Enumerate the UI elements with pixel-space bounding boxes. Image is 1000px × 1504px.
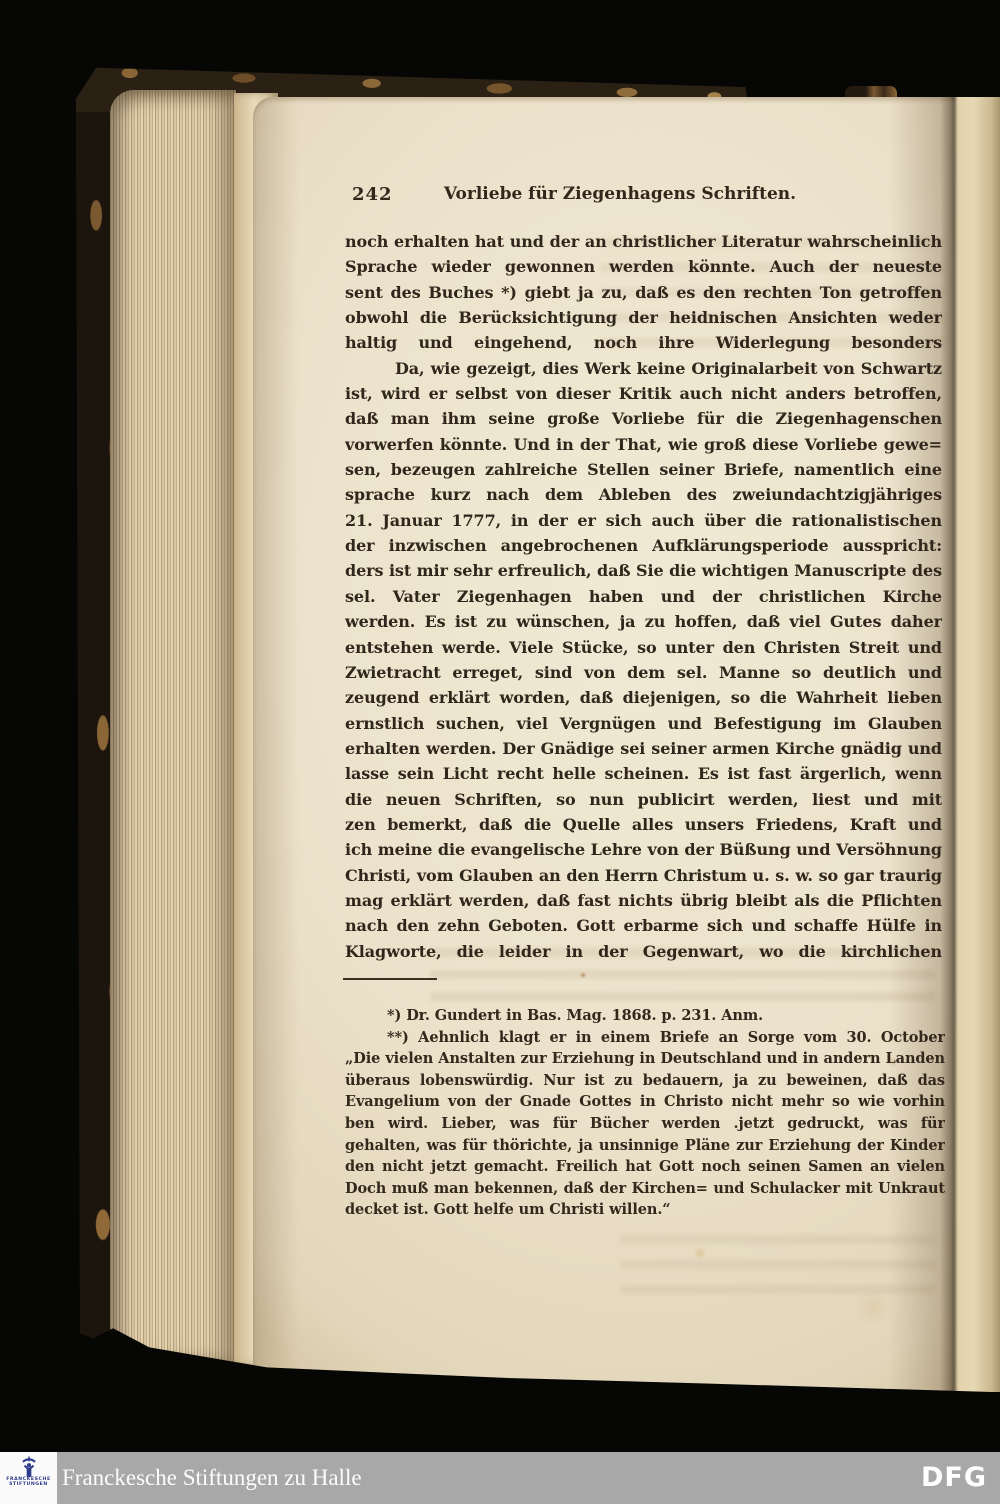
text-line: sprache kurz nach dem Ableben des zweiun… [345, 482, 942, 507]
footnote-separator [343, 978, 437, 980]
text-line: Da, wie gezeigt, dies Werk keine Origina… [345, 356, 942, 381]
text-line: obwohl die Berücksichtigung der heidnisc… [345, 305, 942, 330]
footer-org-name: Franckesche Stiftungen zu Halle [62, 1452, 362, 1504]
text-line: decket ist. Gott helfe um Christi willen… [345, 1199, 945, 1221]
book-scan-photo: 242 Vorliebe für Ziegenhagens Schriften.… [0, 0, 1000, 1504]
org-logo-line2: STIFTUNGEN [9, 1482, 48, 1487]
ink-bleedthrough [620, 1235, 935, 1297]
text-line: ist, wird er selbst von dieser Kritik au… [345, 381, 942, 406]
text-line: noch erhalten hat und der an christliche… [345, 229, 942, 254]
text-line: ernstlich suchen, viel Vergnügen und Bef… [345, 711, 942, 736]
text-line: vorwerfen könnte. Und in der That, wie g… [345, 432, 942, 457]
text-line: erhalten werden. Der Gnädige sei seiner … [345, 736, 942, 761]
text-line: Christi, vom Glauben an den Herrn Christ… [345, 863, 942, 888]
running-header: 242 Vorliebe für Ziegenhagens Schriften. [345, 184, 943, 210]
text-line: ich meine die evangelische Lehre von der… [345, 837, 942, 862]
text-line: sen, bezeugen zahlreiche Stellen seiner … [345, 457, 942, 482]
page-stack-fore-edge [110, 90, 236, 1362]
text-line: zeugend erklärt worden, daß diejenigen, … [345, 685, 942, 710]
text-line: *) Dr. Gundert in Bas. Mag. 1868. p. 231… [345, 1005, 945, 1027]
text-line: **) Aehnlich klagt er in einem Briefe an… [345, 1027, 945, 1049]
footer-bar: FRANCKESCHE STIFTUNGEN Franckesche Stift… [0, 1452, 1000, 1504]
text-line: den nicht jetzt gemacht. Freilich hat Go… [345, 1156, 945, 1178]
text-line: „Die vielen Anstalten zur Erziehung in D… [345, 1048, 945, 1070]
text-line: die neuen Schriften, so nun publicirt we… [345, 787, 942, 812]
text-line: ben wird. Lieber, was für Bücher werden … [345, 1113, 945, 1135]
text-line: mag erklärt werden, daß fast nichts übri… [345, 888, 942, 913]
text-line: haltig und eingehend, noch ihre Widerleg… [345, 330, 942, 355]
text-line: überaus lobenswürdig. Nur ist zu bedauer… [345, 1070, 945, 1092]
text-line: lasse sein Licht recht helle scheinen. E… [345, 761, 942, 786]
text-line: 21. Januar 1777, in der er sich auch übe… [345, 508, 942, 533]
text-line: Klagworte, die leider in der Gegenwart, … [345, 939, 942, 964]
dfg-logo: DFG [921, 1452, 987, 1504]
text-line: Doch muß man bekennen, daß der Kirchen= … [345, 1178, 945, 1200]
running-title: Vorliebe für Ziegenhagens Schriften. [321, 184, 919, 204]
text-line: Zwietracht erreget, sind von dem sel. Ma… [345, 660, 942, 685]
franckesche-stiftungen-icon [19, 1455, 39, 1477]
text-line: gehalten, was für thörichte, ja unsinnig… [345, 1135, 945, 1157]
text-line: zen bemerkt, daß die Quelle alles unsers… [345, 812, 942, 837]
text-line: entstehen werde. Viele Stücke, so unter … [345, 635, 942, 660]
org-logo: FRANCKESCHE STIFTUNGEN [0, 1452, 57, 1504]
text-line: der inzwischen angebrochenen Aufklärungs… [345, 533, 942, 558]
footnotes: *) Dr. Gundert in Bas. Mag. 1868. p. 231… [345, 1005, 945, 1221]
text-line: sel. Vater Ziegenhagen haben und der chr… [345, 584, 942, 609]
text-line: Evangelium von der Gnade Gottes in Chris… [345, 1091, 945, 1113]
text-line: ders ist mir sehr erfreulich, daß Sie di… [345, 558, 942, 583]
body-text: noch erhalten hat und der an christliche… [345, 229, 942, 964]
text-line: werden. Es ist zu wünschen, ja zu hoffen… [345, 609, 942, 634]
text-line: nach den zehn Geboten. Gott erbarme sich… [345, 913, 942, 938]
text-line: sent des Buches *) giebt ja zu, daß es d… [345, 280, 942, 305]
text-line: Sprache wieder gewonnen werden könnte. A… [345, 254, 942, 279]
text-line: daß man ihm seine große Vorliebe für die… [345, 406, 942, 431]
